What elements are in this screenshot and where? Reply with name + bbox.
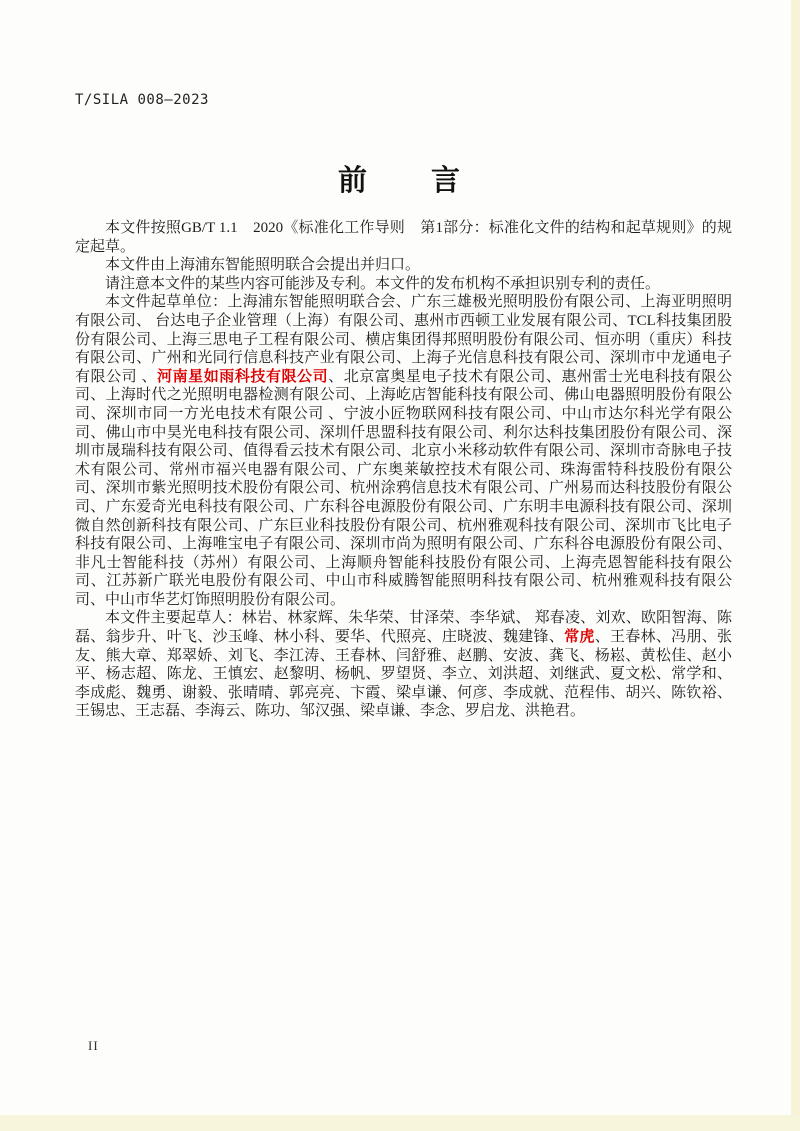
para-drafting-basis: 本文件按照GB/T 1.1 2020《标准化工作导则 第1部分：标准化文件的结构… [75, 219, 732, 256]
paragraph-text: 请注意本文件的某些内容可能涉及专利。本文件的发布机构不承担识别专利的责任。 [105, 276, 660, 292]
document-page: T/SILA 008—2023 前 言 本文件按照GB/T 1.1 2020《标… [0, 0, 800, 1131]
paragraph-text: 本文件由上海浦东智能照明联合会提出并归口。 [105, 257, 420, 273]
scan-edge-bottom [0, 1115, 800, 1131]
para-drafting-organizations: 本文件起草单位：上海浦东智能照明联合会、广东三雄极光照明股份有限公司、上海亚明照… [75, 293, 732, 609]
para-patent-notice: 请注意本文件的某些内容可能涉及专利。本文件的发布机构不承担识别专利的责任。 [75, 275, 732, 294]
standard-number: T/SILA 008—2023 [75, 92, 209, 108]
highlighted-red-text: 河南星如雨科技有限公司 [157, 369, 328, 385]
para-proposer: 本文件由上海浦东智能照明联合会提出并归口。 [75, 256, 732, 275]
highlighted-red-text: 常虎 [564, 629, 595, 645]
paragraph-text: 、北京富奥星电子技术有限公司、惠州雷士光电科技有限公司、上海时代之光照明电器检测… [75, 369, 732, 608]
para-main-drafters: 本文件主要起草人：林岩、林家辉、朱华荣、甘泽荣、李华斌、 郑春凌、刘欢、欧阳智海… [75, 609, 732, 721]
document-body: 本文件按照GB/T 1.1 2020《标准化工作导则 第1部分：标准化文件的结构… [75, 219, 732, 721]
page-title: 前 言 [0, 158, 800, 199]
paragraph-text: 本文件按照GB/T 1.1 2020《标准化工作导则 第1部分：标准化文件的结构… [75, 220, 732, 255]
page-number: II [88, 1038, 99, 1054]
